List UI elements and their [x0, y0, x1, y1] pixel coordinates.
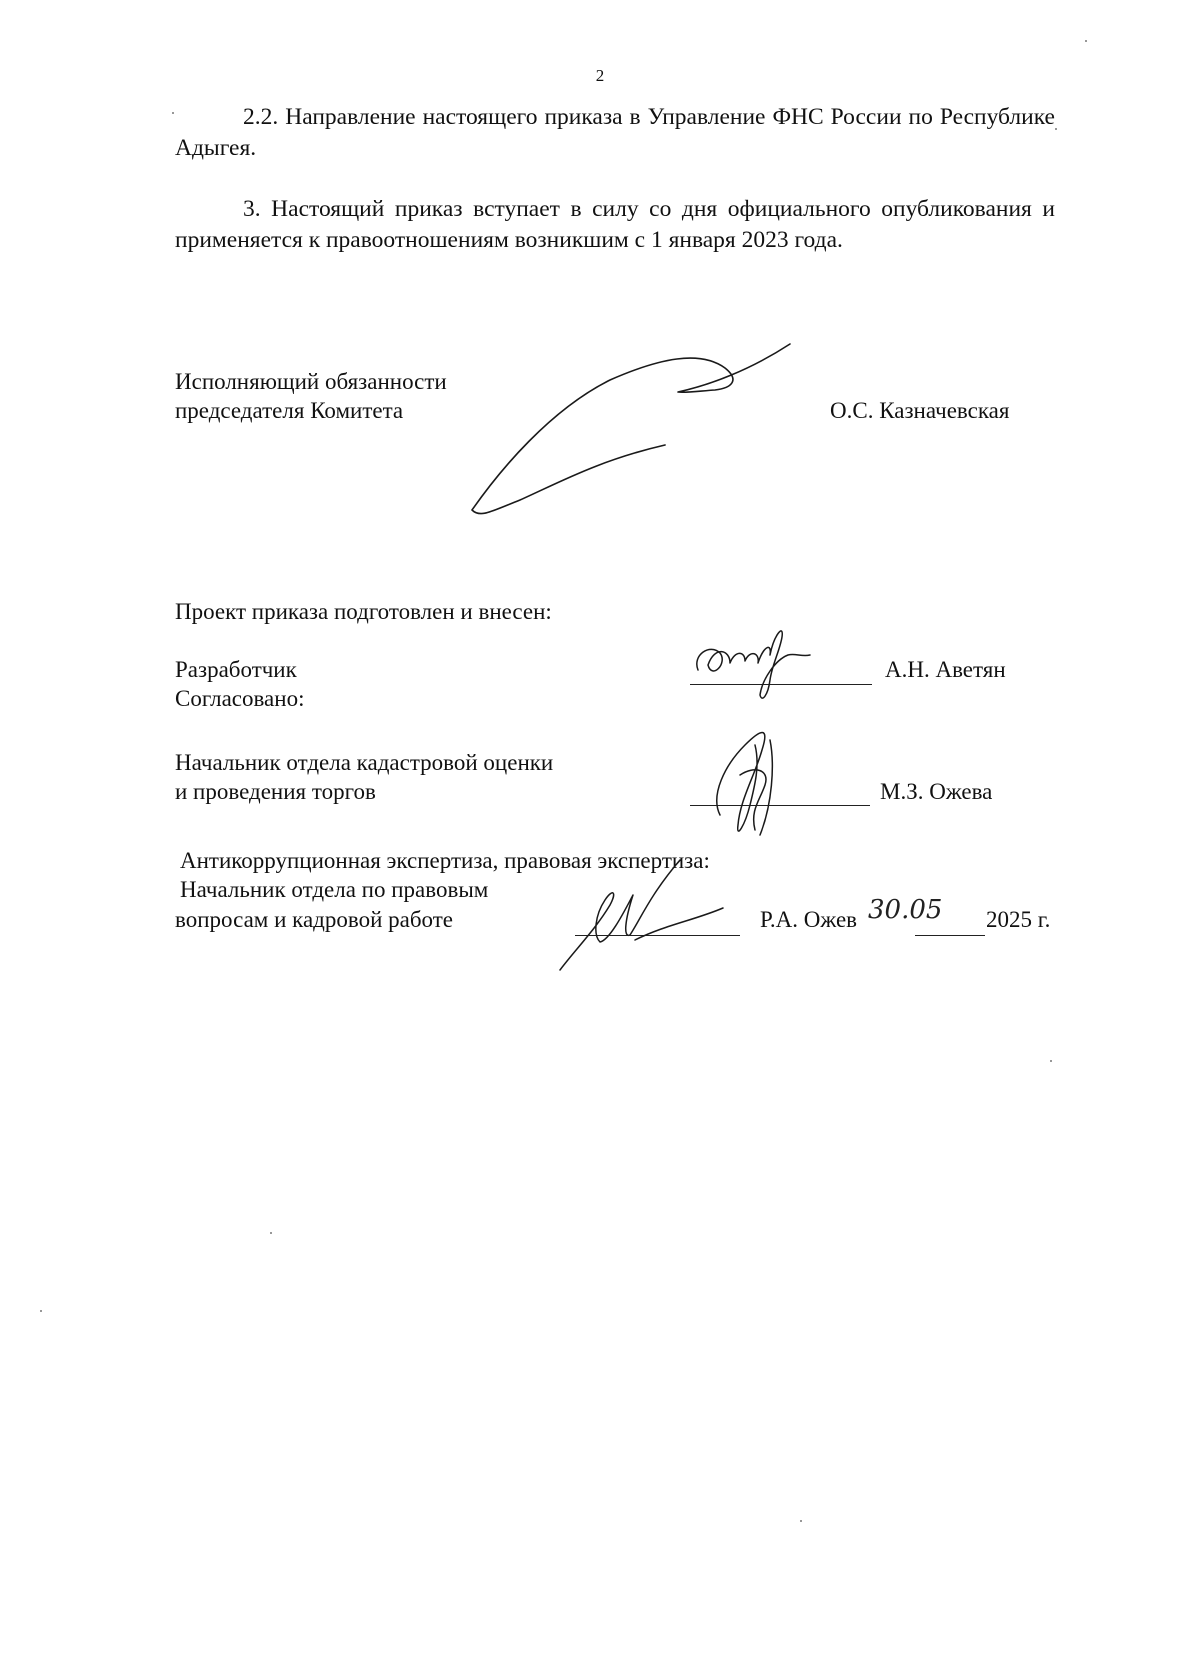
signer-name: О.С. Казначевская [830, 396, 1009, 426]
legal-date-year: 2025 г. [986, 905, 1050, 935]
legal-role-line2: вопросам и кадровой работе [175, 905, 453, 935]
legal-name: Р.А. Ожев [760, 905, 857, 935]
document-page: 2 2.2. Направление настоящего приказа в … [0, 0, 1200, 1679]
page-number: 2 [0, 66, 1200, 86]
main-signature-icon [460, 350, 820, 520]
paragraph-2-2: 2.2. Направление настоящего приказа в Уп… [175, 102, 1055, 164]
cadastral-role-line1: Начальник отдела кадастровой оценки [175, 748, 553, 778]
developer-role: Разработчик [175, 655, 297, 685]
scan-speck [1085, 40, 1087, 42]
agreed-label: Согласовано: [175, 684, 304, 714]
legal-signature-icon [555, 850, 755, 980]
legal-role-line1: Начальник отдела по правовым [180, 875, 488, 905]
approvals-header: Проект приказа подготовлен и внесен: [175, 597, 552, 627]
scan-speck [1050, 1060, 1052, 1062]
scan-speck [172, 112, 174, 114]
scan-speck [270, 1232, 272, 1234]
scan-speck [40, 1310, 42, 1312]
date-line [915, 935, 985, 936]
signer-title-line2: председателя Комитета [175, 396, 403, 426]
developer-name: А.Н. Аветян [885, 655, 1006, 685]
cadastral-signature-icon [700, 715, 820, 845]
cadastral-role-line2: и проведения торгов [175, 777, 376, 807]
cadastral-name: М.З. Ожева [880, 777, 992, 807]
signer-title-line1: Исполняющий обязанности [175, 367, 447, 397]
handwritten-date: 30.05 [868, 895, 942, 925]
paragraph-3: 3. Настоящий приказ вступает в силу со д… [175, 194, 1055, 256]
scan-speck [1055, 128, 1057, 130]
scan-speck [800, 1520, 802, 1522]
developer-signature-icon [690, 625, 840, 705]
